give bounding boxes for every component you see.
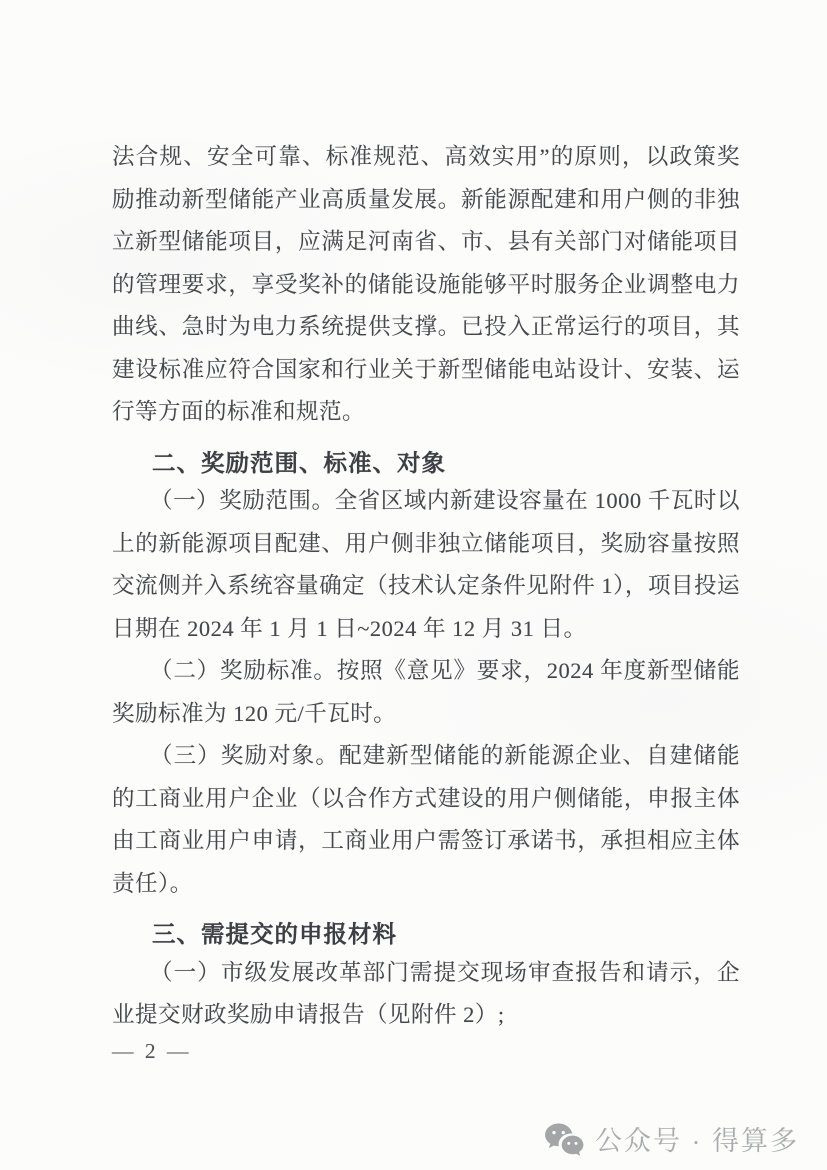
paragraph-line: 交流侧并入系统容量确定（技术认定条件见附件 1），项目投运 bbox=[112, 565, 740, 608]
paragraph-line: 法合规、安全可靠、标准规范、高效实用”的原则，以政策奖 bbox=[112, 136, 740, 179]
paragraph-line: 建设标准应符合国家和行业关于新型储能电站设计、安装、运 bbox=[112, 349, 740, 392]
paragraph-line: 责任）。 bbox=[112, 863, 740, 906]
wechat-icon bbox=[544, 1122, 584, 1156]
document-content: 法合规、安全可靠、标准规范、高效实用”的原则，以政策奖励推动新型储能产业高质量发… bbox=[112, 136, 740, 1037]
section-heading: 二、奖励范围、标准、对象 bbox=[112, 442, 740, 485]
paragraph-line: 上的新能源项目配建、用户侧非独立储能项目，奖励容量按照 bbox=[112, 523, 740, 566]
paragraph-line: 由工商业用户申请，工商业用户需签订承诺书，承担相应主体 bbox=[112, 820, 740, 863]
paragraph-line: （一）奖励范围。全省区域内新建设容量在 1000 千瓦时以 bbox=[112, 480, 740, 523]
page-number: — 2 — bbox=[112, 1036, 192, 1066]
paragraph-line: 业提交财政奖励申请报告（见附件 2）; bbox=[112, 994, 740, 1037]
paragraph-line: 行等方面的标准和规范。 bbox=[112, 391, 740, 434]
paragraph-line: 立新型储能项目，应满足河南省、市、县有关部门对储能项目 bbox=[112, 221, 740, 264]
paragraph-line: （三）奖励对象。配建新型储能的新能源企业、自建储能 bbox=[112, 735, 740, 778]
watermark-text: 公众号 · 得算多 bbox=[595, 1119, 799, 1158]
document-page: 法合规、安全可靠、标准规范、高效实用”的原则，以政策奖励推动新型储能产业高质量发… bbox=[0, 0, 827, 1170]
paragraph-line: 励推动新型储能产业高质量发展。新能源配建和用户侧的非独 bbox=[112, 179, 740, 222]
paragraph-line: 的工商业用户企业（以合作方式建设的用户侧储能，申报主体 bbox=[112, 778, 740, 821]
paragraph-line: （二）奖励标准。按照《意见》要求，2024 年度新型储能 bbox=[112, 650, 740, 693]
paragraph-line: （一）市级发展改革部门需提交现场审查报告和请示，企 bbox=[112, 952, 740, 995]
paragraph-line: 奖励标准为 120 元/千瓦时。 bbox=[112, 693, 740, 736]
paragraph-line: 曲线、急时为电力系统提供支撑。已投入正常运行的项目，其 bbox=[112, 306, 740, 349]
section-heading: 三、需提交的申报材料 bbox=[112, 913, 740, 956]
wechat-watermark: 公众号 · 得算多 bbox=[544, 1119, 799, 1158]
paragraph-line: 日期在 2024 年 1 月 1 日~2024 年 12 月 31 日。 bbox=[112, 608, 740, 651]
paragraph-line: 的管理要求，享受奖补的储能设施能够平时服务企业调整电力 bbox=[112, 264, 740, 307]
